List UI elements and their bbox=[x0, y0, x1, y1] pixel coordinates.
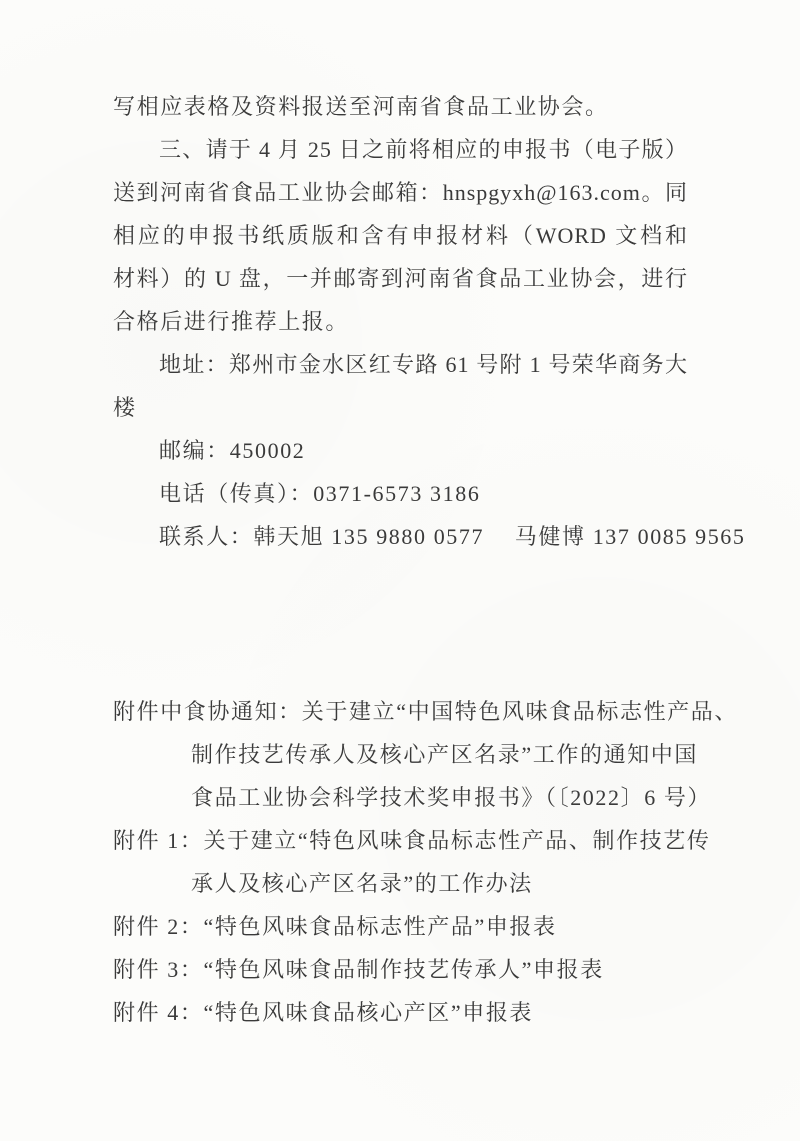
document-page: 写相应表格及资料报送至河南省食品工业协会。 三、请于 4 月 25 日之前将相应… bbox=[0, 0, 800, 1141]
para1-end-line: 写相应表格及资料报送至河南省食品工业协会。 bbox=[113, 85, 800, 128]
item-three-line-4: 材料）的 U 盘，一并邮寄到河南省食品工业协会，进行初审 bbox=[113, 257, 688, 300]
attachment-notice-line-3: 食品工业协会科学技术奖申报书》（〔2022〕6 号） bbox=[191, 776, 800, 819]
postcode-line: 邮编：450002 bbox=[159, 429, 800, 472]
attachment-notice-line-1: 附件中食协通知：关于建立“中国特色风味食品标志性产品、 bbox=[113, 690, 800, 733]
attachment-3-line: 附件 3：“特色风味食品制作技艺传承人”申报表 bbox=[113, 948, 800, 991]
item-three-line-3: 相应的申报书纸质版和含有申报材料（WORD 文档和 PDF 盖章 bbox=[113, 214, 688, 257]
attachment-1-line-1: 附件 1：关于建立“特色风味食品标志性产品、制作技艺传 bbox=[113, 819, 800, 862]
phone-fax-line: 电话（传真）：0371-6573 3186 bbox=[159, 472, 800, 515]
section-gap bbox=[113, 558, 800, 690]
attachment-2-line: 附件 2：“特色风味食品标志性产品”申报表 bbox=[113, 905, 800, 948]
contacts-line: 联系人：韩天旭 135 9880 0577 马健博 137 0085 9565 bbox=[159, 515, 800, 558]
address-line-1: 地址：郑州市金水区红专路 61 号附 1 号荣华商务大厦 9 bbox=[159, 343, 688, 386]
item-three-line-5: 合格后进行推荐上报。 bbox=[113, 300, 800, 343]
address-line-2: 楼 bbox=[113, 386, 800, 429]
attachments-block: 附件中食协通知：关于建立“中国特色风味食品标志性产品、 制作技艺传承人及核心产区… bbox=[113, 690, 800, 1034]
attachment-notice-line-2: 制作技艺传承人及核心产区名录”工作的通知中国 bbox=[191, 733, 800, 776]
attachment-4-line: 附件 4：“特色风味食品核心产区”申报表 bbox=[113, 991, 800, 1034]
item-three-line-2: 送到河南省食品工业协会邮箱：hnspgyxh@163.com。同时将 bbox=[113, 171, 688, 214]
item-three-line-1: 三、请于 4 月 25 日之前将相应的申报书（电子版）发 bbox=[159, 128, 688, 171]
body-text-block: 写相应表格及资料报送至河南省食品工业协会。 三、请于 4 月 25 日之前将相应… bbox=[113, 85, 800, 558]
attachment-1-line-2: 承人及核心产区名录”的工作办法 bbox=[191, 862, 800, 905]
